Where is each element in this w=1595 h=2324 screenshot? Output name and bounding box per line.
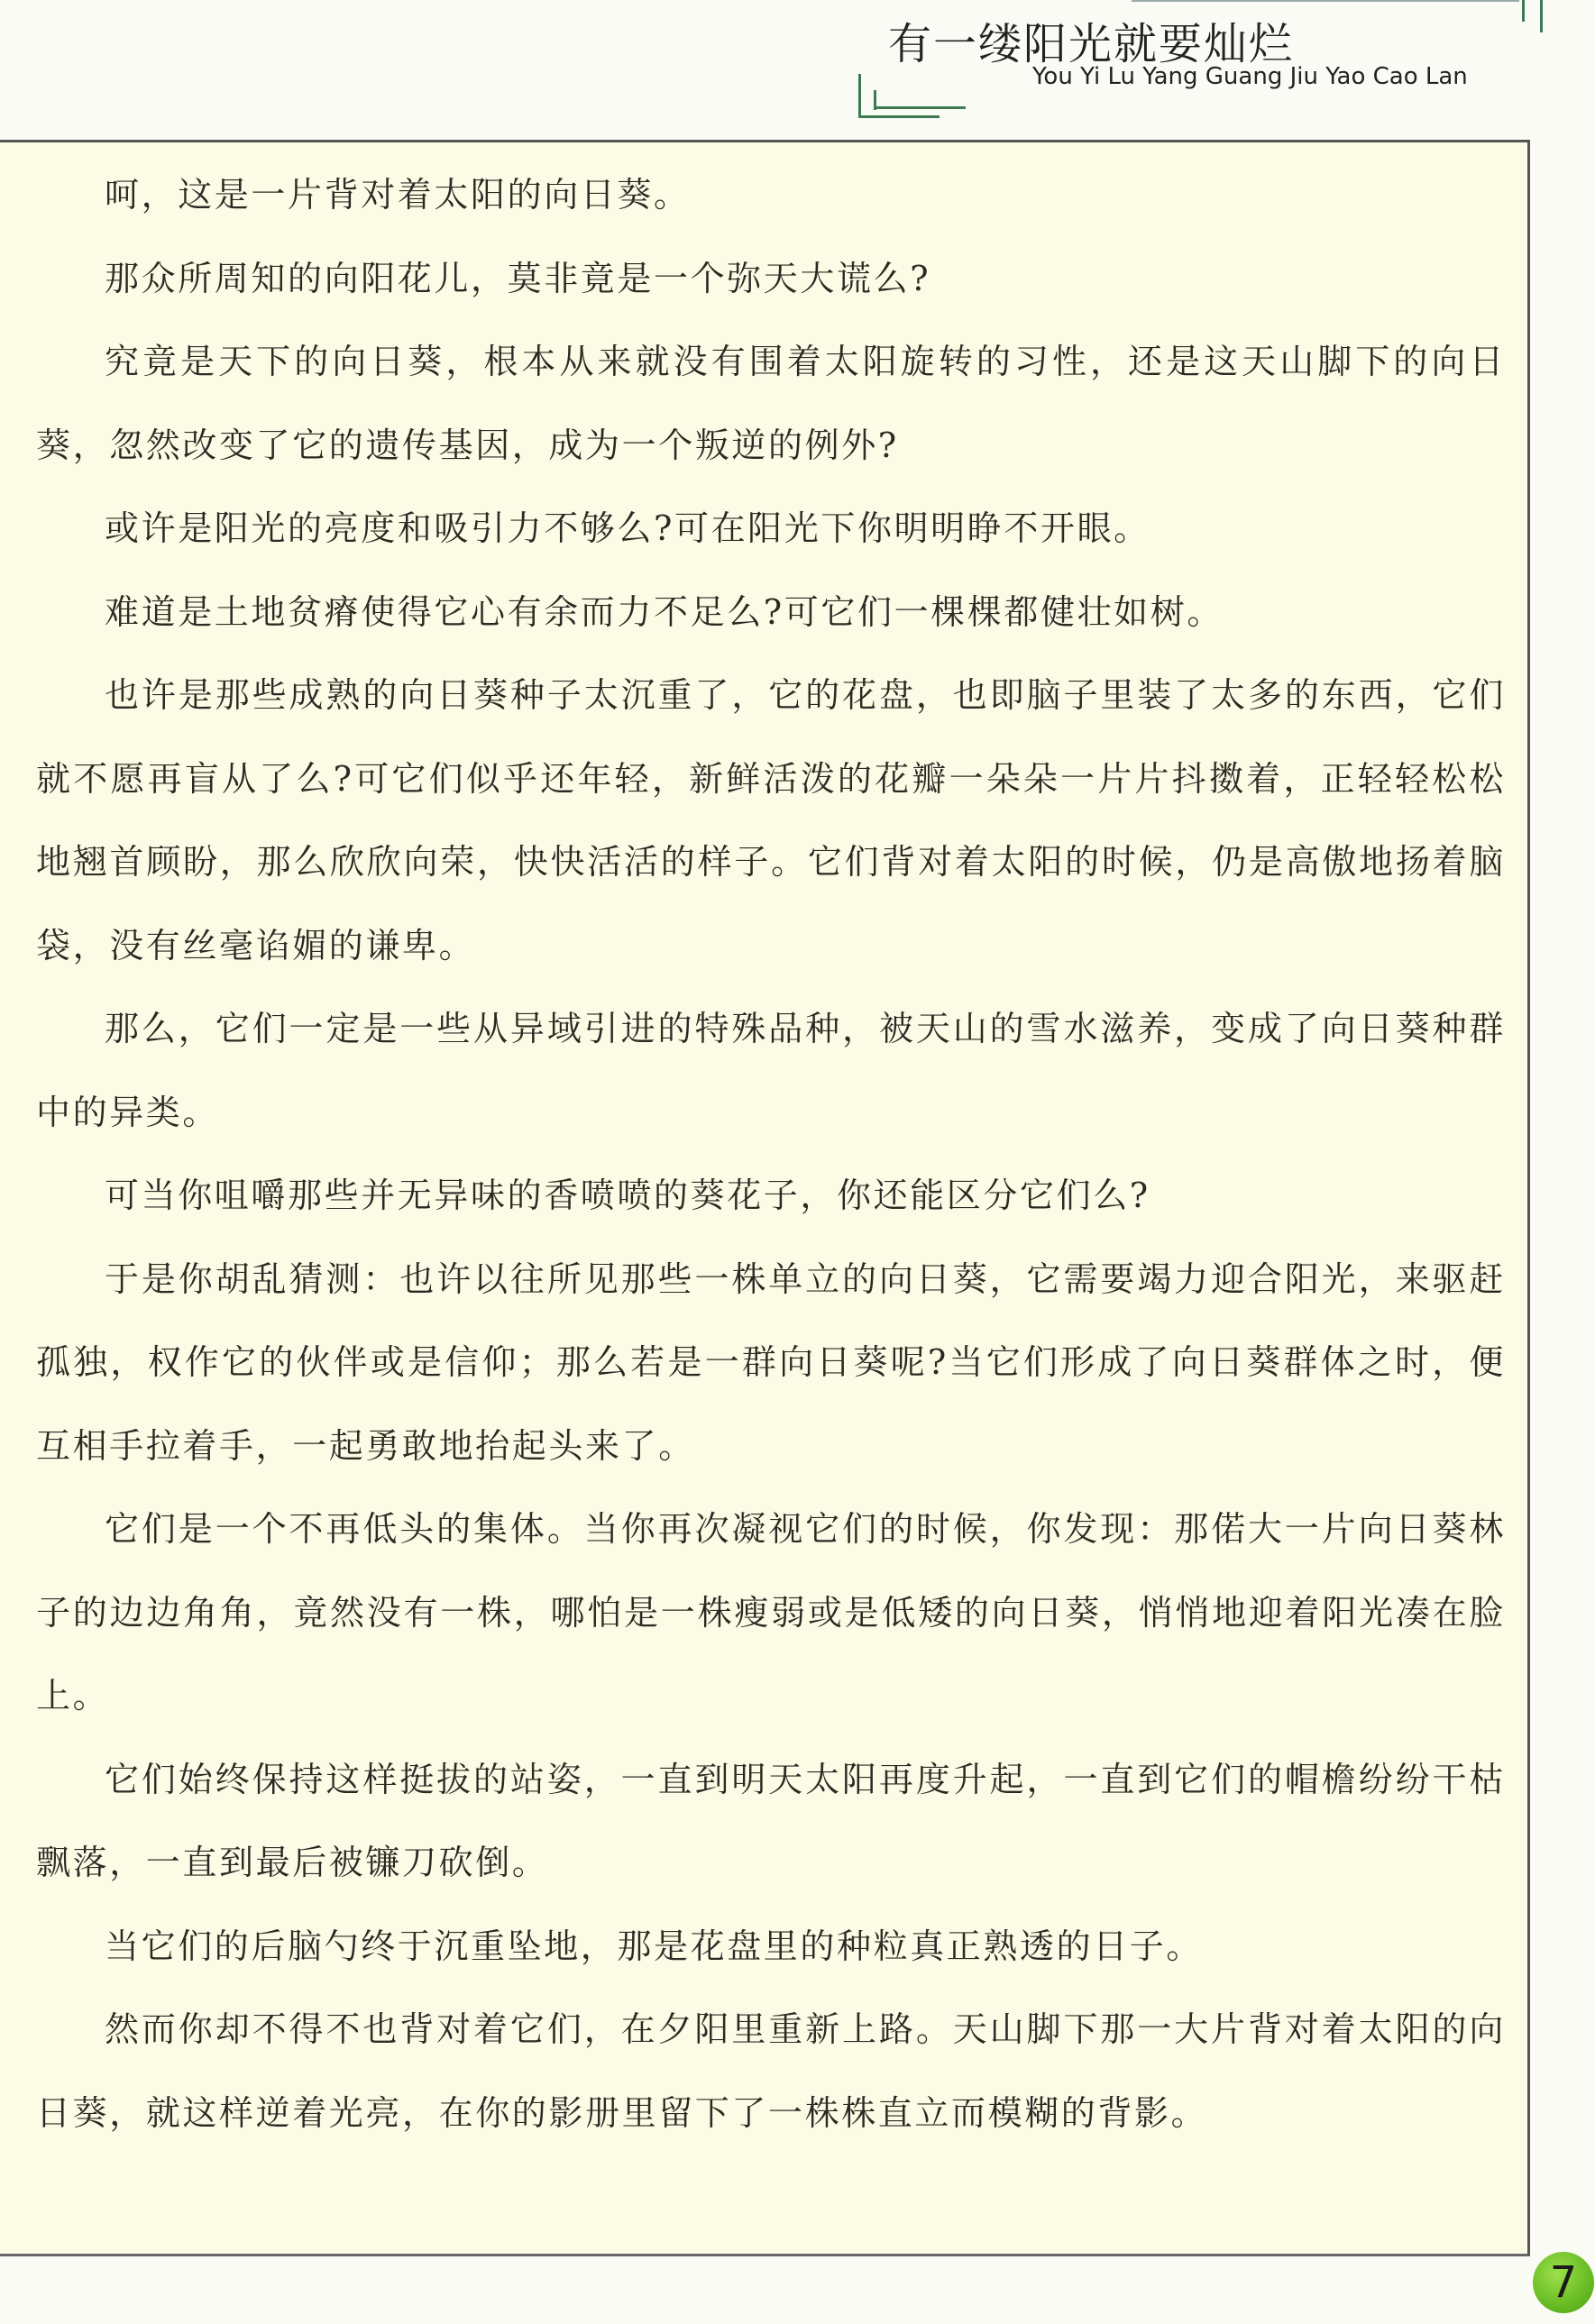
paragraph: 那众所周知的向阳花儿，莫非竟是一个弥天大谎么? (36, 237, 1506, 321)
paragraph: 当它们的后脑勺终于沉重坠地，那是花盘里的种粒真正熟透的日子。 (36, 1905, 1506, 1989)
header-decoration-line (1132, 0, 1519, 2)
paragraph: 难道是土地贫瘠使得它心有余而力不足么?可它们一棵棵都健壮如树。 (36, 571, 1506, 654)
header-decoration-line (1540, 0, 1543, 32)
chapter-title: 有一缕阳光就要灿烂 (888, 9, 1294, 71)
paragraph: 那么，它们一定是一些从异域引进的特殊品种，被天山的雪水滋养，变成了向日葵种群中的… (36, 987, 1506, 1154)
article-body: 呵，这是一片背对着太阳的向日葵。 那众所周知的向阳花儿，莫非竟是一个弥天大谎么?… (36, 153, 1506, 2155)
paragraph: 也许是那些成熟的向日葵种子太沉重了，它的花盘，也即脑子里装了太多的东西，它们就不… (36, 654, 1506, 987)
paragraph: 然而你却不得不也背对着它们，在夕阳里重新上路。天山脚下那一大片背对着太阳的向日葵… (36, 1988, 1506, 2155)
header-decoration-line (1522, 0, 1525, 22)
header-decoration-line (858, 74, 861, 117)
header-decoration-line (874, 106, 966, 109)
page-number-badge: 7 (1533, 2252, 1594, 2313)
page-number: 7 (1550, 2257, 1578, 2308)
header-decoration-line (858, 115, 940, 118)
chapter-title-pinyin: You Yi Lu Yang Guang Jiu Yao Cao Lan (1032, 63, 1468, 90)
paragraph: 究竟是天下的向日葵，根本从来就没有围着太阳旋转的习性，还是这天山脚下的向日葵，忽… (36, 320, 1506, 487)
paragraph: 它们是一个不再低头的集体。当你再次凝视它们的时候，你发现：那偌大一片向日葵林子的… (36, 1487, 1506, 1738)
paragraph: 呵，这是一片背对着太阳的向日葵。 (36, 153, 1506, 237)
paragraph: 可当你咀嚼那些并无异味的香喷喷的葵花子，你还能区分它们么? (36, 1154, 1506, 1238)
paragraph: 或许是阳光的亮度和吸引力不够么?可在阳光下你明明睁不开眼。 (36, 487, 1506, 571)
paragraph: 于是你胡乱猜测：也许以往所见那些一株单立的向日葵，它需要竭力迎合阳光，来驱赶孤独… (36, 1238, 1506, 1488)
paragraph: 它们始终保持这样挺拔的站姿，一直到明天太阳再度升起，一直到它们的帽檐纷纷干枯飘落… (36, 1738, 1506, 1905)
